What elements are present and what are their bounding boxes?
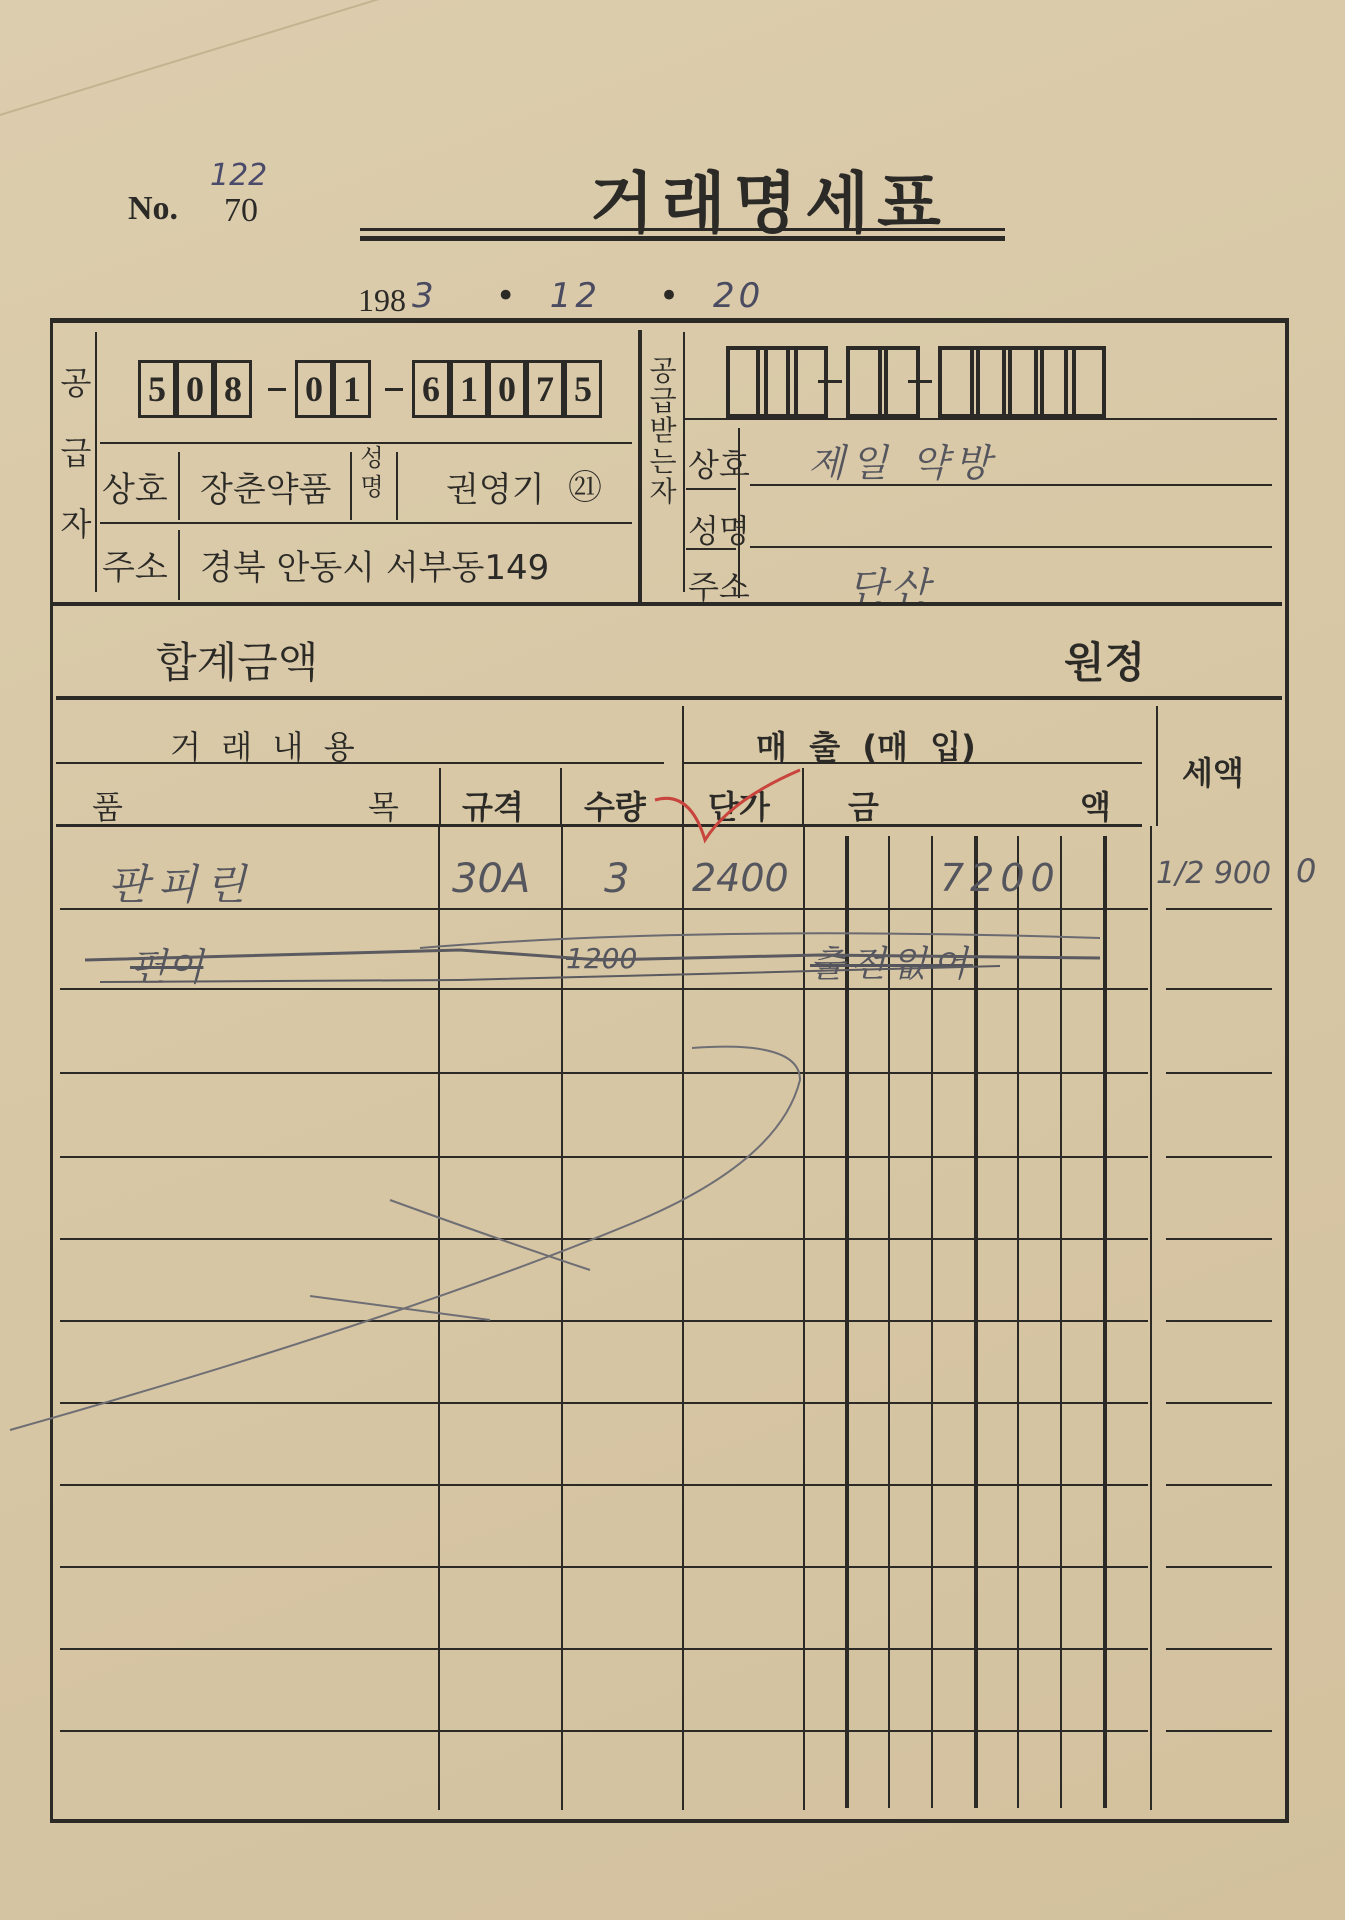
- pencil-stroke: [390, 1200, 590, 1270]
- pencil-stroke: [310, 1296, 490, 1320]
- strike-line: [100, 966, 1000, 982]
- strike-line: [420, 933, 1100, 948]
- pencil-stroke: [10, 1047, 800, 1430]
- strike-line: [85, 950, 1100, 960]
- pencil-annotations: [0, 0, 1345, 1920]
- red-check-mark-icon: [655, 770, 800, 840]
